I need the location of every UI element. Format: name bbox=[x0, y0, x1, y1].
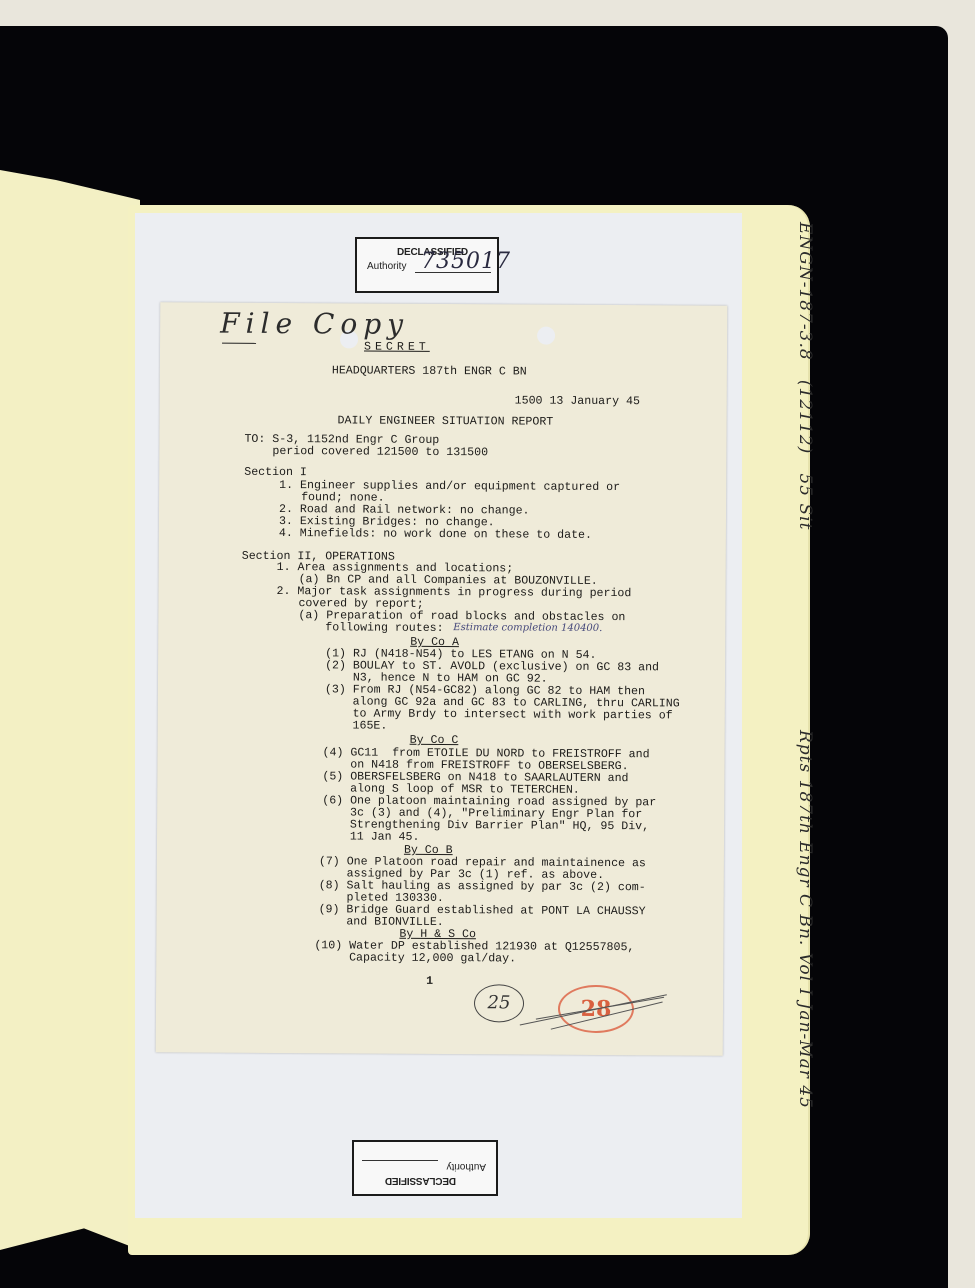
section1-item: 4. Minefields: no work done on these to … bbox=[279, 528, 592, 542]
declassified-title: DECLASSIFIED bbox=[385, 1175, 456, 1186]
folder-left-flap bbox=[0, 170, 140, 1250]
folder-side-note-lower: Rpts 187th Engr C Bn. Vol I Jan-Mar 45 bbox=[795, 730, 815, 1109]
report-page: File Copy SECRET HEADQUARTERS 187th ENGR… bbox=[156, 302, 728, 1055]
headquarters: HEADQUARTERS 187th ENGR C BN bbox=[332, 365, 527, 378]
handwritten-file-copy: File Copy bbox=[220, 307, 409, 341]
authority-handwritten-value: 735017 bbox=[421, 249, 511, 274]
handwritten-estimate-note: Estimate completion 140400. bbox=[453, 622, 602, 634]
report-datetime: 1500 13 January 45 bbox=[515, 395, 640, 408]
declassified-stamp-bottom-inverted: DECLASSIFIED Authority bbox=[352, 1140, 498, 1196]
authority-line bbox=[362, 1160, 438, 1161]
page-number: 1 bbox=[426, 976, 433, 988]
punch-hole bbox=[537, 327, 555, 345]
task-line: 11 Jan 45. bbox=[322, 831, 419, 844]
section2-line: following routes: bbox=[325, 622, 443, 635]
authority-label: Authority bbox=[447, 1161, 486, 1172]
period-covered: period covered 121500 to 131500 bbox=[272, 446, 488, 459]
report-title: DAILY ENGINEER SITUATION REPORT bbox=[338, 415, 554, 428]
folder-side-note-upper: ENGN-187-3.8 (12112) 55 Sit bbox=[795, 222, 815, 530]
declassified-stamp-top: DECLASSIFIED Authority 735017 bbox=[355, 237, 499, 293]
task-line: 165E. bbox=[325, 720, 388, 732]
circled-page-number-pencil: 25 bbox=[474, 984, 524, 1022]
task-line: Capacity 12,000 gal/day. bbox=[314, 952, 516, 965]
authority-label: Authority bbox=[367, 261, 406, 272]
handwritten-underline bbox=[222, 343, 256, 344]
group-heading-co-c: By Co C bbox=[410, 735, 459, 747]
classification: SECRET bbox=[364, 342, 430, 354]
section1-heading: Section I bbox=[244, 467, 307, 479]
